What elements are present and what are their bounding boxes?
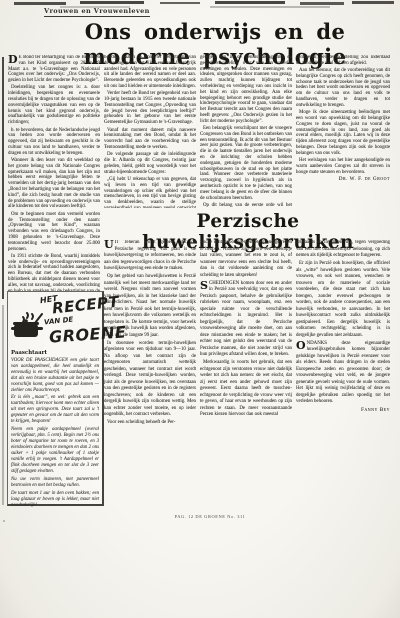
dropcap-letter: D bbox=[8, 55, 19, 65]
article1-column-4: centreeren; een tentoonstelling zou inde… bbox=[296, 55, 390, 211]
paragraph: „Gij hebt U rekenschap er van gegeven, d… bbox=[104, 177, 196, 208]
paragraph: b. te bevorderen, dat de Nederlandsche j… bbox=[8, 128, 100, 157]
paragraph: zische echtgenoot geen enkele grondige r… bbox=[200, 240, 292, 279]
scan-artifact bbox=[3, 520, 5, 522]
article2-byline: Fanny Bev bbox=[296, 407, 390, 414]
scan-artifact bbox=[2, 57, 5, 299]
paragraph: Om te beginnen moet dan vermeld worden d… bbox=[8, 212, 100, 253]
section-label: Vrouwen en Vrouwenleven bbox=[44, 7, 150, 17]
article1-column-2: houden, waarin de Bond ter Behartiging v… bbox=[104, 55, 196, 208]
page-footer: PAG. 12 DE GROENE No. 311 bbox=[130, 514, 290, 519]
recipe-logo-word: VAN DE bbox=[44, 315, 74, 326]
paragraph: ONDANKS deze eigenaardige huwelijksgebru… bbox=[296, 341, 390, 406]
paragraph: grijsaards en invaliden, die, tegen verg… bbox=[296, 240, 390, 260]
paragraph: Vanaf dat moment dateert mijn nauwere ke… bbox=[104, 128, 196, 151]
paragraph: Er is één „maar”, en wel: gebrek aan een… bbox=[11, 395, 99, 425]
recipe-box: HET RECEPT VAN DE GROENE Paaschtaart VOO… bbox=[7, 291, 104, 506]
paragraph: Op dit belang van de eerste orde wil het… bbox=[200, 203, 292, 208]
paragraph: VOOR DE PAASCHDAGEN een gele taart van a… bbox=[11, 358, 99, 394]
scan-artifact bbox=[352, 1, 394, 4]
paragraph: Nu uw vorm insmeren, met paneermeel best… bbox=[11, 477, 99, 489]
paragraph: UIT Teheran wordt gemeld, dat de Perzisc… bbox=[104, 240, 196, 273]
paragraph: houden, waarin de Bond ter Behartiging v… bbox=[104, 55, 196, 90]
scan-artifact bbox=[80, 1, 144, 4]
scan-artifact bbox=[210, 6, 330, 8]
scan-artifact bbox=[215, 1, 285, 4]
paragraph: Er zijn in Perzië ook huwelijken, die of… bbox=[296, 261, 390, 339]
article2-column-3: grijsaards en invaliden, die, tegen verg… bbox=[296, 240, 390, 506]
paragraph: Voor een scheiding behoeft de Per- bbox=[104, 420, 196, 427]
article1-column-3: gelegen zijn in de kennismaking met en g… bbox=[200, 55, 292, 208]
scan-artifact bbox=[300, 2, 344, 5]
article1-column-1: DE Bond ter Behartiging van de Belangen … bbox=[8, 55, 100, 291]
paragraph: centreeren; een tentoonstelling zou inde… bbox=[296, 55, 390, 67]
dropcap-letter: S bbox=[200, 281, 209, 291]
paragraph: Aan het Bestuur, dat de voorbereiding va… bbox=[296, 68, 390, 109]
paragraph: In 1911 stichtte de Bond, waarbij inmidd… bbox=[8, 254, 100, 291]
scan-artifact bbox=[14, 2, 66, 5]
dropcap-letter: U bbox=[104, 240, 115, 250]
scan-artifact bbox=[2, 305, 5, 505]
article2-column-2: zische echtgenoot geen enkele grondige r… bbox=[200, 240, 292, 506]
paragraph: In doorsnee worden termijn-huwelijken af… bbox=[104, 341, 196, 419]
recipe-logo: HET RECEPT VAN DE GROENE bbox=[11, 294, 99, 348]
paragraph: Verder heeft de Bond ter gelegenheid van… bbox=[104, 91, 196, 126]
dropcap-letter: O bbox=[296, 341, 307, 351]
newspaper-page: Vrouwen en Vrouwenleven Ons onderwijs en… bbox=[0, 0, 400, 618]
paragraph: Een belangrijk verschilpunt met de vroeg… bbox=[200, 126, 292, 201]
recipe-text: VOOR DE PAASCHDAGEN een gele taart van a… bbox=[11, 358, 99, 509]
paragraph: SCHEIDINGEN komen door een en ander in P… bbox=[200, 281, 292, 359]
paragraph: De volgende passage uit de inleidingsred… bbox=[104, 152, 196, 175]
paragraph: Doelstelling van het congres is: a. door… bbox=[8, 85, 100, 126]
paragraph: Wanneer ik den lezer van dit weekblad op… bbox=[8, 158, 100, 210]
paragraph: gelegen zijn in de kennismaking met en g… bbox=[200, 55, 292, 125]
article2-column-1: UIT Teheran wordt gemeld, dat de Perzisc… bbox=[104, 240, 196, 506]
paragraph: De taart moet 1 uur in den oven bakken; … bbox=[11, 491, 99, 509]
paragraph: Het welslagen van het hier aangekondigde… bbox=[296, 158, 390, 175]
scan-artifact bbox=[160, 2, 200, 4]
paragraph: Merkwaardig is voorts het gebruik, dat e… bbox=[200, 360, 292, 419]
paragraph: Neem een pakje aardappelmeel (overal ver… bbox=[11, 427, 99, 475]
cooking-pot-icon bbox=[11, 312, 43, 342]
recipe-title: Paaschtaart bbox=[11, 350, 99, 356]
article1-byline: Dr. W. F. de Groot bbox=[296, 177, 390, 183]
paragraph: Moge ik deze uiteenzetting beëindigen me… bbox=[296, 110, 390, 156]
paragraph: DE Bond ter Behartiging van de Belangen … bbox=[8, 55, 100, 84]
